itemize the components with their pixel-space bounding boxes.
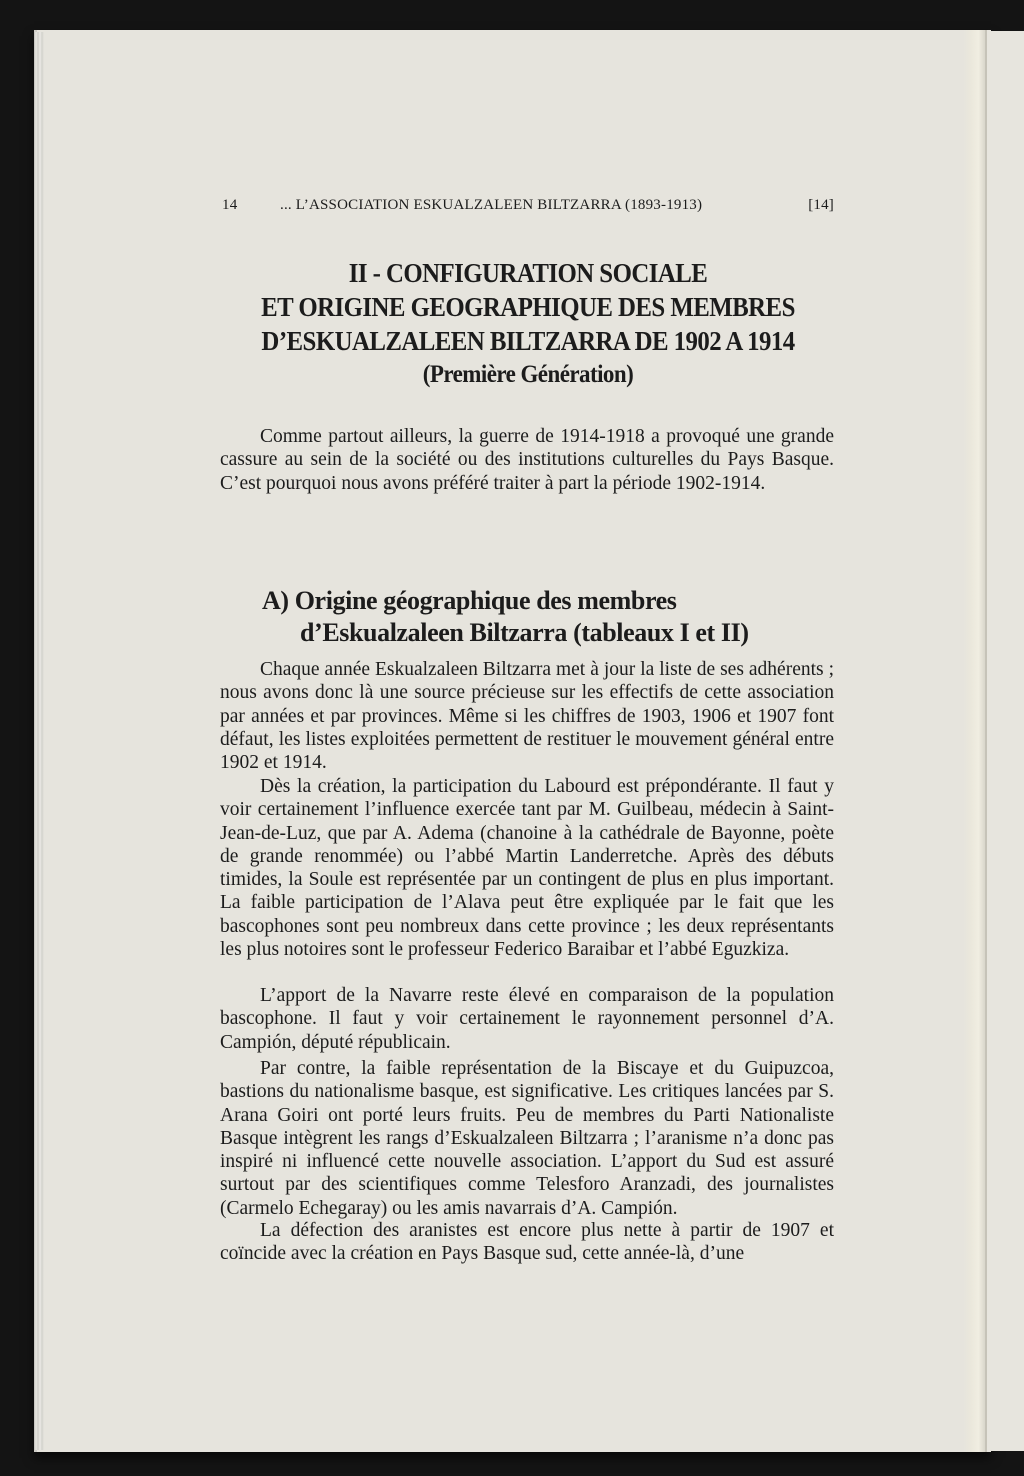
page-edges (34, 32, 44, 1450)
page-gutter (963, 30, 985, 1452)
chapter-title-line-3: D’ESKUALZALEEN BILTZARRA DE 1902 A 1914 (246, 324, 809, 358)
running-head-title: ... L’ASSOCIATION ESKUALZALEEN BILTZARRA… (280, 197, 702, 214)
chapter-title-line-1: II - CONFIGURATION SOCIALE (246, 256, 809, 290)
intro-paragraph: Comme partout ailleurs, la guerre de 191… (220, 425, 834, 495)
chapter-title-line-2: ET ORIGINE GEOGRAPHIQUE DES MEMBRES (246, 290, 809, 324)
paragraph-5: La défection des aranistes est encore pl… (220, 1219, 834, 1266)
paragraph-2: Dès la création, la participation du Lab… (220, 775, 834, 961)
page-number: 14 (222, 197, 237, 214)
bracket-page-number: [14] (808, 197, 834, 214)
paragraph-3: L’apport de la Navarre reste élevé en co… (220, 984, 834, 1054)
paragraph-4: Par contre, la faible représentation de … (220, 1057, 834, 1220)
facing-page-edge (987, 31, 1024, 1451)
chapter-subtitle: (Première Génération) (246, 358, 809, 392)
section-title-line-1: A) Origine géographique des membres (222, 585, 834, 617)
paragraph-1: Chaque année Eskualzaleen Biltzarra met … (220, 658, 834, 774)
chapter-title: II - CONFIGURATION SOCIALE ET ORIGINE GE… (246, 256, 809, 392)
section-title-line-2: d’Eskualzaleen Biltzarra (tableaux I et … (222, 617, 834, 649)
running-head: 14 ... L’ASSOCIATION ESKUALZALEEN BILTZA… (222, 197, 834, 219)
section-title: A) Origine géographique des membres d’Es… (222, 585, 834, 649)
